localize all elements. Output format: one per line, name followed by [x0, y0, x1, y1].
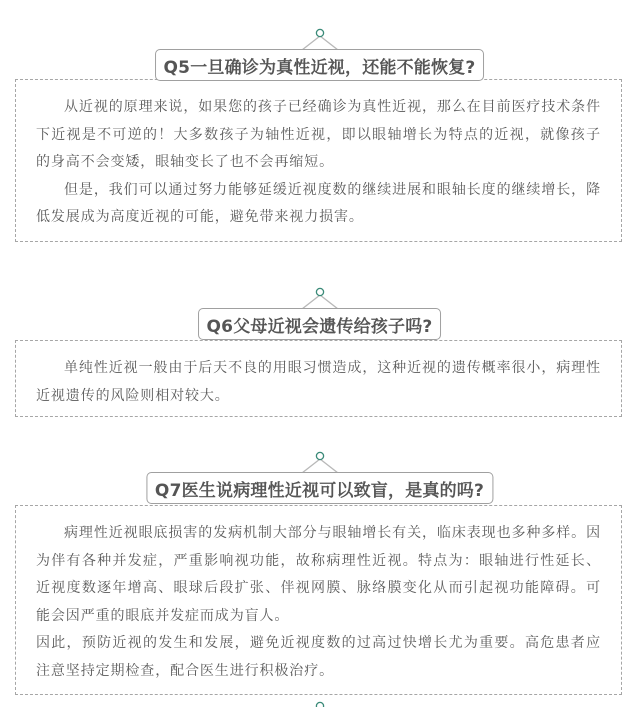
answer-box-q7: 病理性近视眼底损害的发病机制大部分与眼轴增长有关，临床表现也多种多样。因为伴有各… [15, 505, 622, 695]
answer-box-q6: 单纯性近视一般由于后天不良的用眼习惯造成，这种近视的遗传概率很小，病理性近视遗传… [15, 340, 622, 417]
answer-paragraph: 病理性近视眼底损害的发病机制大部分与眼轴增长有关，临床表现也多种多样。因为伴有各… [36, 520, 601, 630]
answer-paragraph: 但是，我们可以通过努力能够延缓近视度数的继续进展和眼轴长度的继续增长，降低发展成… [36, 177, 601, 232]
question-title-q7: Q7医生说病理性近视可以致盲，是真的吗? [146, 472, 493, 504]
circle-connector-icon [314, 700, 326, 707]
question-title-q5: Q5一旦确诊为真性近视，还能不能恢复? [155, 49, 485, 81]
question-title-q6: Q6父母近视会遗传给孩子吗? [198, 308, 442, 340]
circle-connector-icon [290, 28, 350, 50]
answer-box-q5: 从近视的原理来说，如果您的孩子已经确诊为真性近视，那么在目前医疗技术条件下近视是… [15, 79, 622, 242]
answer-paragraph: 因此，预防近视的发生和发展，避免近视度数的过高过快增长尤为重要。高危患者应注意坚… [36, 630, 601, 685]
answer-paragraph: 单纯性近视一般由于后天不良的用眼习惯造成，这种近视的遗传概率很小，病理性近视遗传… [36, 355, 601, 410]
circle-connector-icon [290, 451, 350, 473]
circle-connector-icon [290, 287, 350, 309]
answer-paragraph: 从近视的原理来说，如果您的孩子已经确诊为真性近视，那么在目前医疗技术条件下近视是… [36, 94, 601, 177]
